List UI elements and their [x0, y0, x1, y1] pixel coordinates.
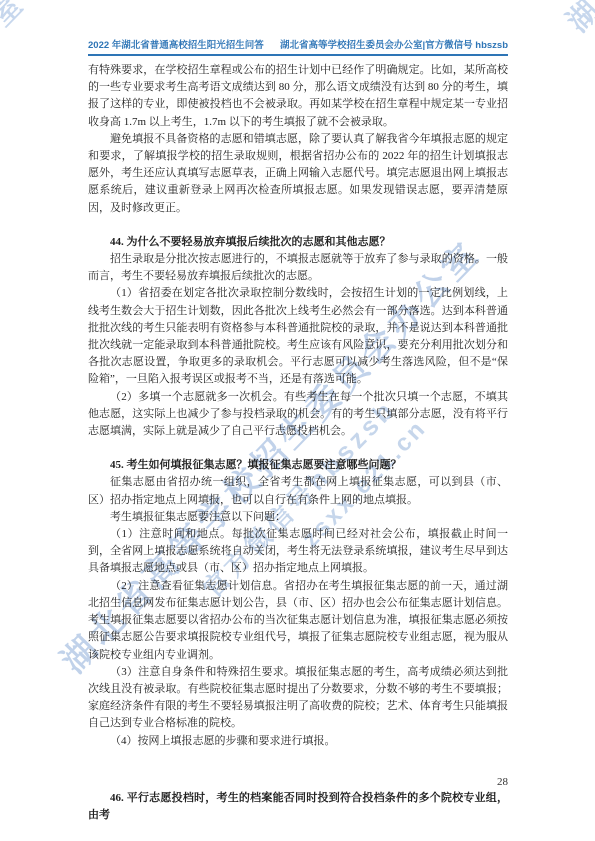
paragraph: 招生录取是分批次按志愿进行的，不填报志愿就等于放弃了参与录取的资格。一般而言，考…: [88, 251, 508, 285]
watermark-fragment-top-left: 室: [0, 0, 30, 34]
header-title: 2022 年湖北省普通高校招生阳光招生问答: [88, 37, 264, 51]
page-header: 2022 年湖北省普通高校招生阳光招生问答 湖北省高等学校招生委员会办公室|官方…: [88, 37, 508, 56]
page-number: 28: [497, 776, 508, 788]
paragraph: （4）按网上填报志愿的步骤和要求进行填报。: [88, 733, 508, 750]
paragraph: （2）多填一个志愿就多一次机会。有些考生在每一个批次只填一个志愿，不填其他志愿，…: [88, 389, 508, 441]
document-body: 有特殊要求，在学校招生章程或公布的招生计划中已经作了明确规定。比如，某所高校的一…: [88, 62, 508, 824]
paragraph: 征集志愿由省招办统一组织，全省考生都在网上填报征集志愿，可以到县（市、区）招办指…: [88, 474, 508, 508]
question-heading: 46. 平行志愿投档时，考生的档案能否同时投到符合投档条件的多个院校专业组，由考: [88, 790, 508, 824]
paragraph: （1）省招委在划定各批次录取控制分数线时，会按招生计划的一定比例划线，上线考生数…: [88, 285, 508, 388]
header-office-label: 湖北省高等学校招生委员会办公室|官方微信号 hbszsb: [280, 37, 508, 51]
question-heading: 44. 为什么不要轻易放弃填报后续批次的志愿和其他志愿？: [88, 234, 508, 251]
paragraph: 避免填报不具备资格的志愿和错填志愿，除了要认真了解我省今年填报志愿的规定和要求，…: [88, 131, 508, 217]
paragraph: 考生填报征集志愿要注意以下问题：: [88, 509, 508, 526]
question-heading: 45. 考生如何填报征集志愿？填报征集志愿要注意哪些问题？: [88, 457, 508, 474]
paragraph: （2）注意查看征集志愿计划信息。省招办在考生填报征集志愿的前一天，通过湖北招生信…: [88, 578, 508, 664]
paragraph: 有特殊要求，在学校招生章程或公布的招生计划中已经作了明确规定。比如，某所高校的一…: [88, 62, 508, 131]
watermark-fragment-top-right: 湖: [555, 0, 595, 40]
paragraph: （1）注意时间和地点。每批次征集志愿时间已经对社会公布，填报截止时间一到，全省网…: [88, 526, 508, 578]
paragraph: （3）注意自身条件和特殊招生要求。填报征集志愿的考生，高考成绩必须达到批次线且没…: [88, 664, 508, 733]
document-page: 湖北省高等学校招生委员会办公室 官方微信号hbszsb zsxx.e21.cn …: [0, 0, 595, 841]
